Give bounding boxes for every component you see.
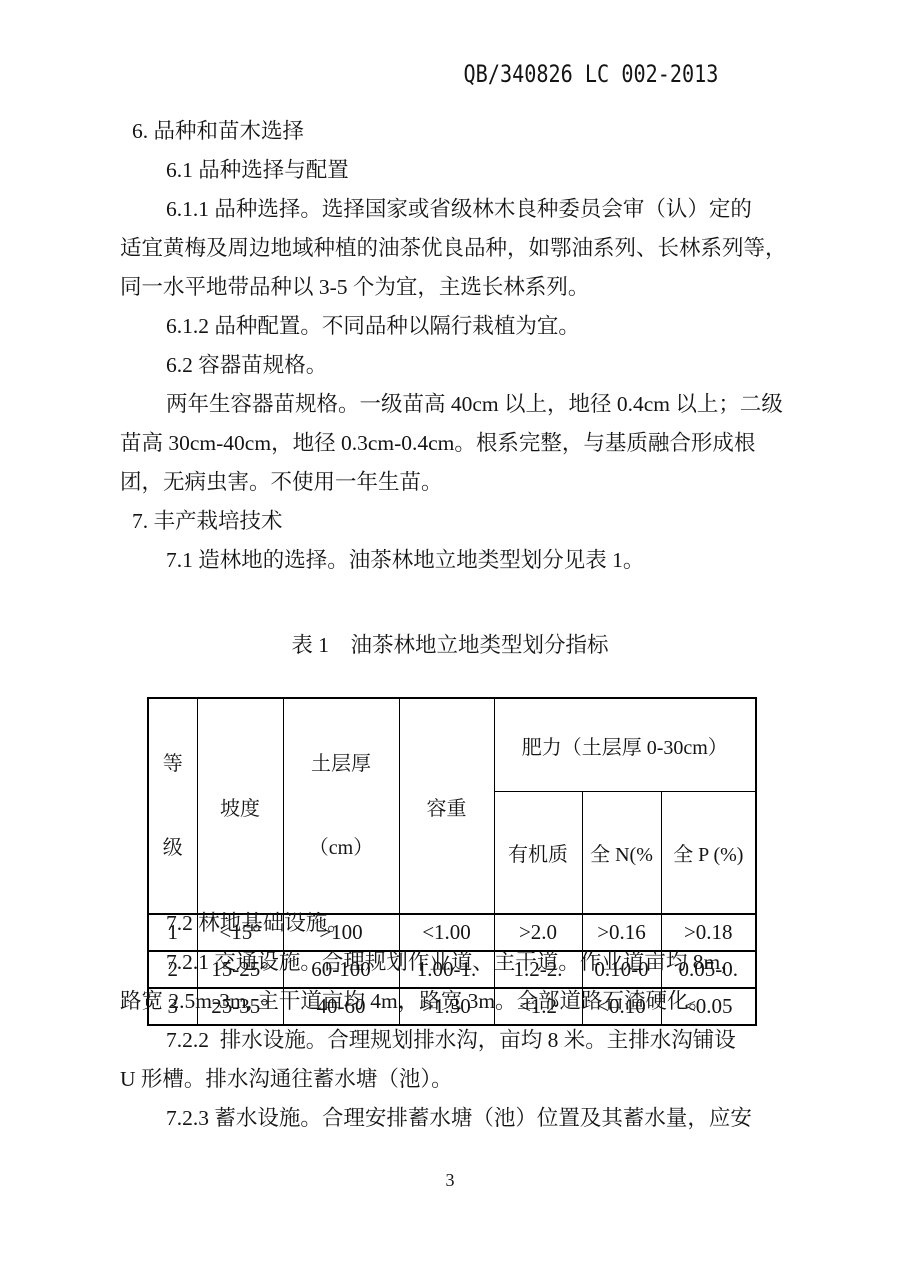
- paragraph-line: 两年生容器苗规格。一级苗高 40cm 以上，地径 0.4cm 以上；二级: [120, 385, 780, 424]
- page-number: 3: [0, 1170, 900, 1191]
- heading-6-1: 6.1 品种选择与配置: [120, 151, 780, 190]
- paragraph-line: 同一水平地带品种以 3-5 个为宜，主选长林系列。: [120, 268, 780, 307]
- col-header-grade: 等 级: [148, 698, 197, 914]
- paragraph-line: 适宜黄梅及周边地域种植的油茶优良品种，如鄂油系列、长林系列等，: [120, 229, 780, 268]
- col-header-soil-depth-line2: （cm）: [284, 829, 399, 867]
- col-header-slope: 坡度: [197, 698, 283, 914]
- heading-7-2: 7.2 林地基础设施。: [120, 904, 780, 943]
- col-header-grade-line1: 等: [149, 745, 197, 783]
- col-header-total-n: 全 N(%: [582, 792, 661, 914]
- paragraph-line: U 形槽。排水沟通往蓄水塘（池）。: [120, 1060, 780, 1099]
- paragraph-line: 6.1.2 品种配置。不同品种以隔行栽植为宜。: [120, 307, 780, 346]
- body-section-top: 6. 品种和苗木选择 6.1 品种选择与配置 6.1.1 品种选择。选择国家或省…: [120, 112, 780, 580]
- col-header-bulk-density: 容重: [399, 698, 494, 914]
- paragraph-line: 6.1.1 品种选择。选择国家或省级林木良种委员会审（认）定的: [120, 190, 780, 229]
- paragraph-line: 7.2.2 排水设施。合理规划排水沟，亩均 8 米。主排水沟铺设: [120, 1021, 780, 1060]
- heading-7: 7. 丰产栽培技术: [120, 502, 780, 541]
- standard-code: QB/340826 LC 002-2013: [463, 60, 718, 88]
- heading-6-2: 6.2 容器苗规格。: [120, 346, 780, 385]
- col-header-total-p: 全 P (%): [661, 792, 756, 914]
- heading-7-1: 7.1 造林地的选择。油茶林地立地类型划分见表 1。: [120, 541, 780, 580]
- col-header-soil-depth-line1: 土层厚: [284, 745, 399, 783]
- paragraph-line: 苗高 30cm-40cm，地径 0.3cm-0.4cm。根系完整，与基质融合形成…: [120, 424, 780, 463]
- paragraph-line: 7.2.1 交通设施。合理规划作业道、主干道。作业道亩均 8m，: [120, 943, 780, 982]
- paragraph-line: 团，无病虫害。不使用一年生苗。: [120, 463, 780, 502]
- col-header-fertility-group: 肥力（土层厚 0-30cm）: [494, 698, 756, 792]
- document-page: QB/340826 LC 002-2013 6. 品种和苗木选择 6.1 品种选…: [0, 0, 900, 1272]
- table-caption: 表 1 油茶林地立地类型划分指标: [0, 631, 900, 659]
- col-header-organic-matter: 有机质: [494, 792, 582, 914]
- body-section-bottom: 7.2 林地基础设施。 7.2.1 交通设施。合理规划作业道、主干道。作业道亩均…: [120, 904, 780, 1138]
- col-header-grade-line2: 级: [149, 829, 197, 867]
- paragraph-line: 路宽 2.5m-3m, 主干道亩均 4m，路宽 3m。全部道路石渣硬化。: [120, 982, 780, 1021]
- heading-6: 6. 品种和苗木选择: [120, 112, 780, 151]
- col-header-soil-depth: 土层厚 （cm）: [283, 698, 399, 914]
- paragraph-line: 7.2.3 蓄水设施。合理安排蓄水塘（池）位置及其蓄水量，应安: [120, 1099, 780, 1138]
